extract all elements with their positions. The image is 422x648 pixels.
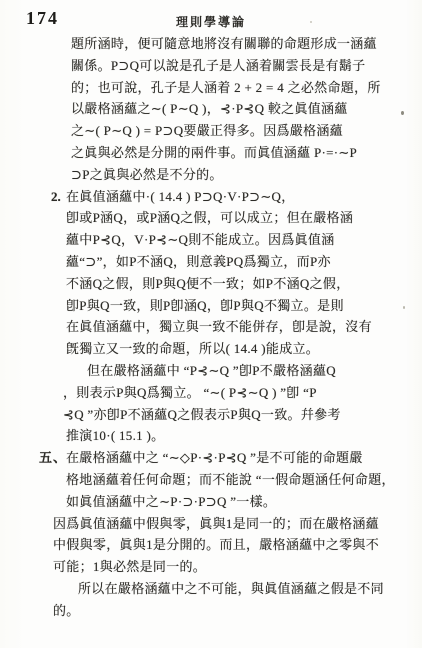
text-line: 在眞值涵蘊中，獨立與一致不能併存，卽是說，沒有 [66,316,422,338]
text-line: ⊃P之眞與必然是不分的。 [71,164,422,186]
text-line: ，則表示P與Q爲獨立。 “∼( P⊰∼Q ) ”卽 “P [63,382,422,404]
text-line: 題所涵時，便可隨意地將沒有關聯的命題形成一涵蘊 [71,33,422,55]
text-line: ⊰Q ”亦卽P不涵蘊Q之假表示P與Q一致。幷參考 [63,404,422,426]
paragraph-item2: 2.在眞值涵蘊中·( 14.4 ) P⊃Q·V·P⊃∼Q，卽或P涵Q，或P涵Q之… [0,186,422,360]
text-line: 因爲眞值涵蘊中假與零，眞與1是同一的；而在嚴格涵蘊 [53,513,422,535]
text-line: 關係。P⊃Q可以說是孔子是人涵着關雲長是有鬍子 [71,55,422,77]
scanned-book-page: 174 理則學導論 題所涵時，便可隨意地將沒有關聯的命題形成一涵蘊關係。P⊃Q可… [0,0,422,648]
text-line: 可能；1與必然是同一的。 [53,556,422,578]
text-line: 之∼( P∼Q ) = P⊃Q要嚴正得多。因爲嚴格涵蘊 [71,120,422,142]
text-line: 以嚴格涵蘊之∼( P∼Q )，⊰·P⊰Q 較之眞值涵蘊 [71,98,422,120]
text-line: 如眞值涵蘊中之∼P·⊃·P⊃Q ”一樣。 [66,491,422,513]
paragraph-because: 因爲眞值涵蘊中假與零，眞與1是同一的；而在嚴格涵蘊中假與零，眞與1是分開的。而且… [0,513,422,578]
paragraph-sub: 但在嚴格涵蘊中 “P⊰∼Q ”卽P不嚴格涵蘊Q，則表示P與Q爲獨立。 “∼( P… [0,360,422,447]
text-line: 的；也可說，孔子是人涵着 2 + 2 = 4 之必然命題，所 [71,77,422,99]
list-item-number: 五、 [39,447,67,469]
paragraph-item5: 五、在嚴格涵蘊中之 “∼◇P·⊰·P⊰Q ”是不可能的命題嚴格地涵蘊着任何命題；… [0,447,422,512]
scan-speck [310,21,312,23]
text-line: 在嚴格涵蘊中之 “∼◇P·⊰·P⊰Q ”是不可能的命題嚴 [66,447,422,469]
text-line: 卽P與Q一致，則P卽涵Q，卽P與Q不獨立。是則 [66,295,422,317]
list-item-number: 2. [51,186,61,208]
text-line: 蘊“⊃”，如P不涵Q，則意義PQ爲獨立，而P亦 [66,251,422,273]
paragraph-final: 所以在嚴格涵蘊中之不可能，與眞值涵蘊之假是不同的。 [0,578,422,622]
text-column: 題所涵時，便可隨意地將沒有關聯的命題形成一涵蘊關係。P⊃Q可以說是孔子是人涵着關… [0,33,422,622]
text-line: 在眞值涵蘊中·( 14.4 ) P⊃Q·V·P⊃∼Q， [66,186,422,208]
text-line: 推演10·( 15.1 )。 [66,425,422,447]
paragraph-intro: 題所涵時，便可隨意地將沒有關聯的命題形成一涵蘊關係。P⊃Q可以說是孔子是人涵着關… [0,33,422,186]
scan-speck [401,111,404,115]
text-line: 格地涵蘊着任何命題；而不能說 “一假命題涵任何命題， [66,469,422,491]
text-line: 旣獨立又一致的命題，所以( 14.4 )能成立。 [66,338,422,360]
text-line: 之眞與必然是分開的兩件事。而眞值涵蘊 P·=·∼P [71,142,422,164]
scan-speck [403,306,405,309]
text-line: 中假與零，眞與1是分開的。而且，嚴格涵蘊中之零與不 [53,534,422,556]
text-line: 但在嚴格涵蘊中 “P⊰∼Q ”卽P不嚴格涵蘊Q [66,360,422,382]
text-line: 不涵Q之假，則P與Q便不一致；如P不涵Q之假， [66,273,422,295]
text-line: 的。 [53,600,422,622]
page-title: 理則學導論 [0,13,422,30]
text-line: 所以在嚴格涵蘊中之不可能，與眞值涵蘊之假是不同 [53,578,422,600]
scan-speck [371,586,374,588]
text-line: 卽或P涵Q，或P涵Q之假，可以成立；但在嚴格涵 [66,207,422,229]
text-line: 蘊中P⊰Q，V·P⊰∼Q則不能成立。因爲眞值涵 [66,229,422,251]
